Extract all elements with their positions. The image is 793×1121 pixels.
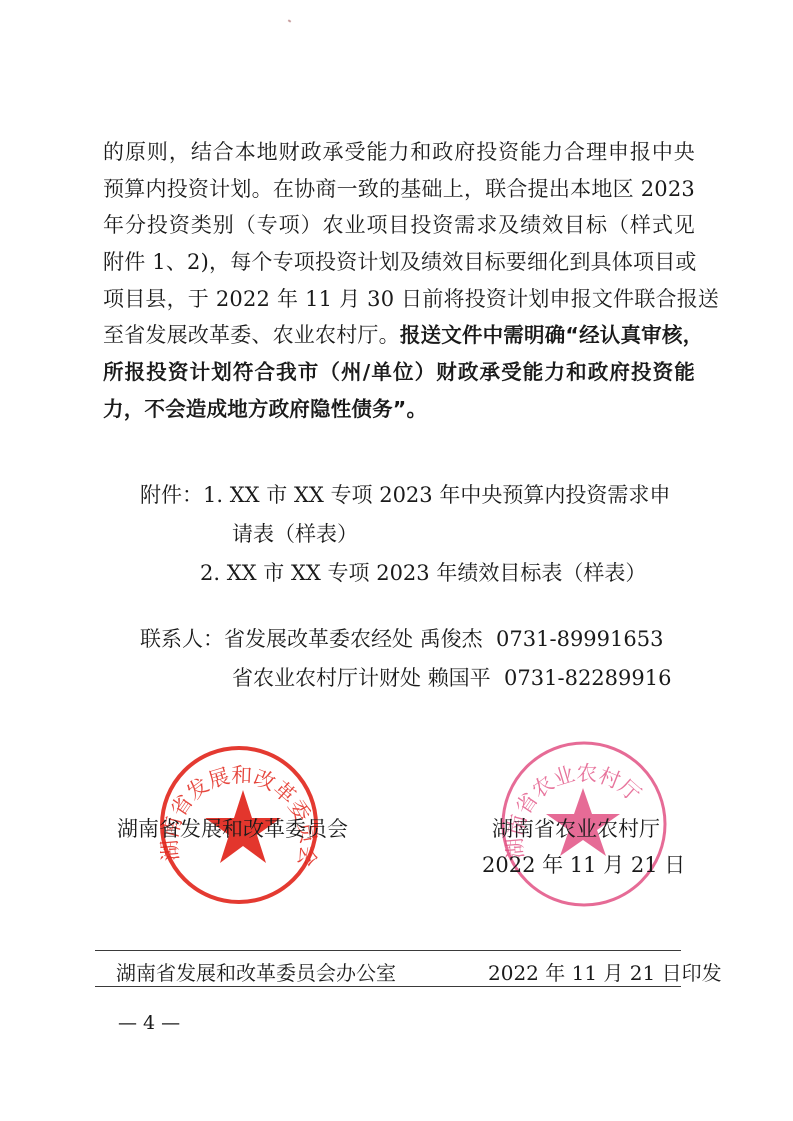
body-line-bold: 所报投资计划符合我市（州/单位）财政承受能力和政府投资能 [103, 354, 695, 391]
contacts-section: 联系人：省发展改革委农经处 禹俊杰 0731-89991653 省农业农村厅计财… [140, 620, 671, 698]
attachments-section: 附件：1. XX 市 XX 专项 2023 年中央预算内投资需求申 请表（样表）… [140, 476, 670, 593]
scan-speck [288, 19, 292, 22]
attachment-item: 2. XX 市 XX 专项 2023 年绩效目标表（样表） [140, 554, 670, 593]
contact-dept: 省农业农村厅计财处 [232, 666, 421, 690]
contact-name: 赖国平 [428, 666, 491, 690]
document-page: 的原则，结合本地财政承受能力和政府投资能力合理申报中央 预算内投资计划。在协商一… [0, 0, 793, 1121]
signature-right-org: 湖南省农业农村厅 [492, 813, 660, 843]
body-text-plain: 至省发展改革委、农业农村厅。 [103, 323, 400, 347]
body-line: 年分投资类别（专项）农业项目投资需求及绩效目标（样式见 [103, 207, 695, 244]
body-line-bold: 力，不会造成地方政府隐性债务”。 [103, 391, 695, 428]
body-line: 至省发展改革委、农业农村厅。报送文件中需明确“经认真审核， [103, 317, 695, 354]
attachments-label: 附件： [140, 483, 203, 507]
footer-bottom-rule [95, 986, 681, 987]
signature-date: 2022 年 11 月 21 日 [482, 849, 685, 879]
contacts-label: 联系人： [140, 627, 224, 651]
attachment-item: 1. XX 市 XX 专项 2023 年中央预算内投资需求申 [203, 483, 670, 507]
body-line: 附件 1、2)，每个专项投资计划及绩效目标要细化到具体项目或 [103, 244, 695, 281]
body-line: 项目县，于 2022 年 11 月 30 日前将投资计划申报文件联合报送 [103, 281, 695, 318]
signature-left-org: 湖南省发展和改革委员会 [117, 813, 348, 843]
body-line: 的原则，结合本地财政承受能力和政府投资能力合理申报中央 [103, 134, 695, 171]
contact-row: 联系人：省发展改革委农经处 禹俊杰 0731-89991653 [140, 620, 671, 659]
attachment-item-continued: 请表（样表） [140, 515, 670, 554]
footer-issuer: 湖南省发展和改革委员会办公室 [116, 957, 396, 986]
page-number: — 4 — [118, 1012, 180, 1034]
footer-issue-date: 2022 年 11 月 21 日印发 [488, 957, 722, 986]
contact-phone: 0731-82289916 [504, 666, 671, 690]
contact-phone: 0731-89991653 [496, 627, 663, 651]
contact-name: 禹俊杰 [420, 627, 483, 651]
footer-top-rule [95, 950, 681, 951]
body-line: 预算内投资计划。在协商一致的基础上，联合提出本地区 2023 [103, 171, 695, 208]
contact-dept: 省发展改革委农经处 [224, 627, 413, 651]
body-text-bold: 报送文件中需明确“经认真审核， [400, 323, 703, 347]
contact-row: 省农业农村厅计财处 赖国平 0731-82289916 [140, 659, 671, 698]
body-paragraph: 的原则，结合本地财政承受能力和政府投资能力合理申报中央 预算内投资计划。在协商一… [103, 134, 695, 428]
